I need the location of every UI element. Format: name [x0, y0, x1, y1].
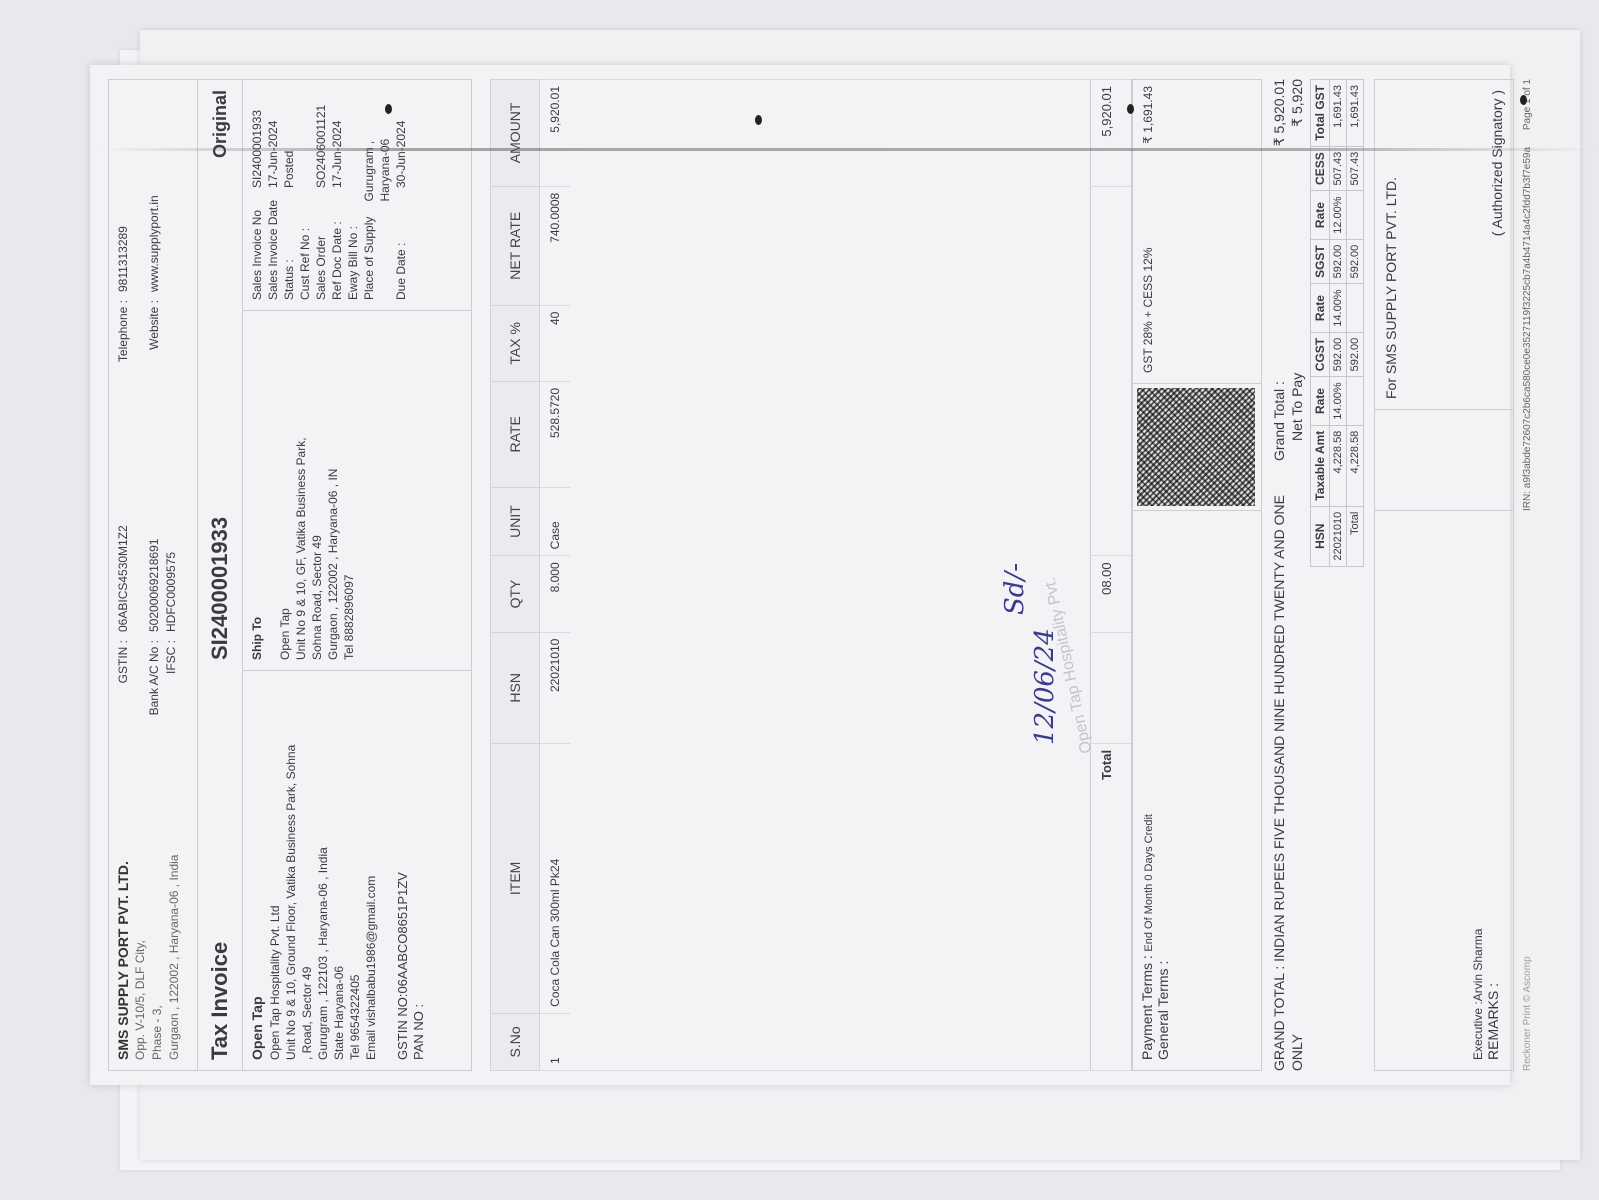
- telephone-label: Telephone :: [115, 292, 132, 390]
- paper-fold-line: [100, 148, 1599, 151]
- meta-label: Cust Ref No :: [297, 188, 313, 300]
- column-header: RATE: [491, 381, 540, 487]
- gst-column-header: HSN: [1310, 506, 1329, 566]
- meta-row: Sales OrderSO2406001121: [313, 90, 329, 300]
- payment-terms-label: Payment Terms :: [1139, 955, 1155, 1060]
- total-qty: 08.00: [1090, 556, 1131, 632]
- bill-to-line: Email vishalbabu1986@gmail.com: [363, 681, 379, 1060]
- gst-row: Total4,228.58592.00592.00507.431,691.43: [1346, 80, 1363, 567]
- ifsc-value: HDFC0009575: [163, 552, 180, 632]
- total-label: Total: [1090, 743, 1131, 1070]
- gst-cell: Total: [1346, 506, 1363, 566]
- table-cell: 22021010: [540, 632, 571, 743]
- footer-section: Executive :Arvin Sharma REMARKS : For SM…: [1374, 79, 1514, 1071]
- website-label: Website :: [146, 292, 163, 390]
- payment-terms-value: End Of Month 0 Days Credit: [1143, 814, 1155, 952]
- column-header: TAX %: [491, 305, 540, 381]
- ship-to: Ship To Open Tap Unit No 9 & 10, GF, Vat…: [243, 310, 471, 670]
- gst-cell: 592.00: [1329, 239, 1346, 284]
- meta-label: Sales Invoice Date: [265, 188, 281, 300]
- meta-label: Place of Supply: [361, 201, 393, 300]
- party-section: Open Tap Open Tap Hospitality Pvt. Ltd U…: [242, 79, 472, 1071]
- bank-label: Bank A/C No :: [146, 632, 163, 730]
- meta-value: 17-Jun-2024: [265, 121, 281, 188]
- invoice-meta: Sales Invoice NoSI2400001933Sales Invoic…: [243, 80, 471, 310]
- column-header: NET RATE: [491, 186, 540, 305]
- ifsc-label: IFSC :: [163, 632, 180, 730]
- gst-column-header: CESS: [1310, 146, 1329, 191]
- gst-cell: [1346, 377, 1363, 425]
- meta-row: Sales Invoice NoSI2400001933: [249, 90, 265, 300]
- grand-total-value: ₹ 5,920.01: [1270, 79, 1288, 146]
- gst-summary-table: HSNTaxable AmtRateCGSTRateSGSTRateCESSTo…: [1310, 79, 1364, 567]
- irn: IRN: a9f3abde72607c2b6ca580ce0e3527119f3…: [1522, 147, 1533, 511]
- gst-cell: 4,228.58: [1329, 425, 1346, 506]
- meta-row: Eway Bill No :: [345, 90, 361, 300]
- qr-code: [1137, 388, 1255, 506]
- ship-to-line: Tel 8882896097: [341, 321, 357, 660]
- gst-cell: 592.00: [1346, 332, 1363, 377]
- column-header: HSN: [491, 632, 540, 743]
- column-header: QTY: [491, 556, 540, 632]
- invoice-page: SMS SUPPLY PORT PVT. LTD. Opp. V-10/5, D…: [90, 65, 1510, 1085]
- grand-total-words-label: GRAND TOTAL :: [1271, 966, 1287, 1071]
- meta-label: Sales Invoice No: [249, 188, 265, 300]
- meta-row: Due Date :30-Jun-2024: [393, 90, 409, 300]
- table-cell: 40: [540, 305, 571, 381]
- gst-cell: 12.00%: [1329, 191, 1346, 239]
- grand-total-label: Grand Total :: [1270, 321, 1288, 461]
- gst-cell: [1346, 191, 1363, 239]
- total-amount: 5,920.01: [1090, 80, 1131, 187]
- seller-name: SMS SUPPLY PORT PVT. LTD.: [115, 750, 132, 1060]
- gst-cell: 507.43: [1346, 146, 1363, 191]
- punch-hole-icon: [385, 104, 392, 114]
- punch-hole-icon: [1127, 104, 1134, 114]
- gst-cell: 507.43: [1329, 146, 1346, 191]
- items-total-row: Total 08.00 5,920.01: [1090, 80, 1131, 1071]
- gst-cell: 22021010: [1329, 506, 1346, 566]
- gst-cell: [1346, 284, 1363, 332]
- meta-value: Posted: [281, 151, 297, 188]
- gst-column-header: SGST: [1310, 239, 1329, 284]
- meta-value: 17-Jun-2024: [329, 121, 345, 188]
- terms-section: Payment Terms : End Of Month 0 Days Cred…: [1132, 79, 1262, 1071]
- table-cell: 740.0008: [540, 186, 571, 305]
- meta-row: Ref Doc Date :17-Jun-2024: [329, 90, 345, 300]
- gstin-label: GSTIN :: [115, 632, 132, 730]
- meta-row: Sales Invoice Date17-Jun-2024: [265, 90, 281, 300]
- bill-to-line: Tel 9654322405: [347, 681, 363, 1060]
- table-cell: 8.000: [540, 556, 571, 632]
- bill-to-pan: PAN NO :: [411, 681, 427, 1060]
- gst-cell: 14.00%: [1329, 284, 1346, 332]
- table-cell: 1: [540, 1013, 571, 1070]
- grand-total-section: GRAND TOTAL : INDIAN RUPEES FIVE THOUSAN…: [1262, 79, 1306, 1071]
- gst-cell: 14.00%: [1329, 377, 1346, 425]
- meta-label: Sales Order: [313, 188, 329, 300]
- for-company: For SMS SUPPLY PORT PVT. LTD.: [1383, 90, 1399, 399]
- meta-row: Place of SupplyGurugram , Haryana-06: [361, 90, 393, 300]
- gst-column-header: Rate: [1310, 191, 1329, 239]
- bill-to-line: , Road, Sector 49: [299, 681, 315, 1060]
- ship-to-line: Unit No 9 & 10, GF, Vatika Business Park…: [293, 321, 309, 660]
- authorized-signatory: ( Authorized Signatory ): [1489, 90, 1505, 399]
- gst-cell: 592.00: [1329, 332, 1346, 377]
- bill-to-name: Open Tap: [249, 681, 265, 1060]
- table-cell: Coca Cola Can 300ml Pk24: [540, 743, 571, 1013]
- gstin-value: 06ABICS4530M1Z2: [115, 525, 132, 632]
- meta-value: 30-Jun-2024: [393, 121, 409, 188]
- gst-cell: 592.00: [1346, 239, 1363, 284]
- bill-to-gstin: GSTIN NO:06AABCO8651P1ZV: [395, 681, 411, 1060]
- gst-column-header: Total GST: [1310, 80, 1329, 147]
- ship-to-line: Sohna Road, Sector 49: [309, 321, 325, 660]
- general-terms-label: General Terms :: [1155, 521, 1171, 1060]
- gst-column-header: Rate: [1310, 284, 1329, 332]
- column-header: ITEM: [491, 743, 540, 1013]
- remarks-label: REMARKS :: [1485, 521, 1501, 1060]
- invoice-number: SI2400001933: [207, 240, 233, 660]
- meta-label: Status :: [281, 188, 297, 300]
- bank-value: 50200069218691: [146, 539, 163, 632]
- punch-hole-icon: [755, 115, 762, 125]
- column-header: S.No: [491, 1013, 540, 1070]
- bill-to-line: Unit No 9 & 10, Ground Floor, Vatika Bus…: [283, 681, 299, 1060]
- net-to-pay-label: Net To Pay: [1288, 301, 1306, 461]
- handwritten-signature: Sd/-: [1000, 563, 1030, 615]
- table-cell: 528.5720: [540, 381, 571, 487]
- gst-cell: 4,228.58: [1346, 425, 1363, 506]
- ship-to-line: Open Tap: [277, 321, 293, 660]
- bill-to-line: Gurugram , 122103 , Haryana-06 , India: [315, 681, 331, 1060]
- gst-column-header: CGST: [1310, 332, 1329, 377]
- title-row: Tax Invoice SI2400001933 Original: [198, 79, 242, 1071]
- table-cell: Case: [540, 487, 571, 556]
- meta-row: Cust Ref No :: [297, 90, 313, 300]
- seller-address-line: Gurgaon , 122002 , Haryana-06 , India: [166, 750, 183, 1060]
- bill-to: Open Tap Open Tap Hospitality Pvt. Ltd U…: [243, 670, 471, 1070]
- gst-row: 220210104,228.5814.00%592.0014.00%592.00…: [1329, 80, 1346, 567]
- printed-by: Reckoner Print © Ascomp: [1522, 511, 1533, 1071]
- meta-label: Eway Bill No :: [345, 188, 361, 300]
- gst-cell: 1,691.43: [1346, 80, 1363, 147]
- seller-address-line: Opp. V-10/5, DLF City,: [132, 750, 149, 1060]
- executive-name: Executive :Arvin Sharma: [1471, 521, 1485, 1060]
- meta-label: Due Date :: [393, 188, 409, 300]
- column-header: UNIT: [491, 487, 540, 556]
- punch-hole-icon: [1520, 95, 1527, 105]
- bill-to-line: Open Tap Hospitality Pvt. Ltd: [267, 681, 283, 1060]
- gst-column-header: Taxable Amt: [1310, 425, 1329, 506]
- handwritten-date: 12/06/24: [1030, 628, 1060, 745]
- net-to-pay-value: ₹ 5,920: [1288, 79, 1306, 127]
- tax-amount: ₹ 1,691.43: [1133, 80, 1261, 202]
- ship-to-line: Gurgaon , 122002 , Haryana-06 , IN: [325, 321, 341, 660]
- ship-to-label: Ship To: [249, 321, 265, 660]
- table-row: 1Coca Cola Can 300ml Pk24220210108.000Ca…: [540, 80, 571, 1071]
- meta-label: Ref Doc Date :: [329, 188, 345, 300]
- table-cell: 5,920.01: [540, 80, 571, 187]
- meta-value: SO2406001121: [313, 105, 329, 188]
- meta-row: Status :Posted: [281, 90, 297, 300]
- page-title: Tax Invoice: [207, 660, 233, 1070]
- tax-note: GST 28% + CESS 12%: [1133, 202, 1261, 384]
- column-header: AMOUNT: [491, 80, 540, 187]
- bill-to-line: State Haryana-06: [331, 681, 347, 1060]
- seller-address-line: Phase - 3,: [149, 750, 166, 1060]
- gst-column-header: Rate: [1310, 377, 1329, 425]
- telephone-value: 9811313289: [115, 226, 132, 292]
- copy-badge: Original: [210, 80, 231, 158]
- seller-header: SMS SUPPLY PORT PVT. LTD. Opp. V-10/5, D…: [108, 79, 198, 1071]
- items-table: S.NoITEMHSNQTYUNITRATETAX %NET RATEAMOUN…: [490, 79, 1132, 1071]
- website-value: www.supplyport.in: [146, 195, 163, 292]
- gst-cell: 1,691.43: [1329, 80, 1346, 147]
